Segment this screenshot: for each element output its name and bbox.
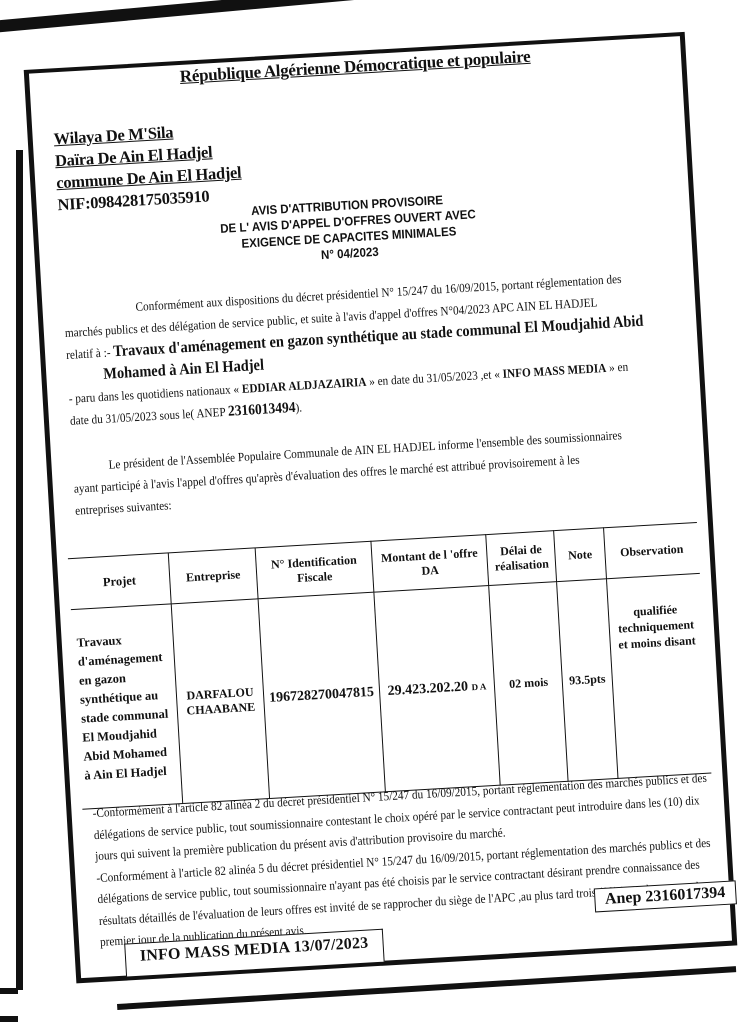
relatif-label: relatif à :-	[66, 345, 114, 362]
publication-text-end: » en	[606, 360, 629, 375]
cell-montant: 29.423.202.20 D A	[374, 586, 501, 792]
outer-frame-corner	[0, 988, 18, 994]
col-projet: Projet	[68, 553, 172, 610]
publication-date-end: ).	[295, 401, 302, 415]
col-note: Note	[554, 528, 606, 582]
cell-delai: 02 mois	[489, 582, 569, 786]
administration-block: Wilaya De M'Sila Daïra De Ain El Hadjel …	[53, 118, 243, 217]
outer-frame-left-edge	[4, 150, 23, 990]
attribution-table: Projet Entreprise N° Identification Fisc…	[68, 522, 711, 810]
col-entreprise: Entreprise	[169, 548, 258, 604]
col-delai: Délai de réalisation	[486, 531, 557, 586]
col-nif: N° Identification Fiscale	[255, 541, 374, 599]
cell-observation: qualifiée techniquement et moins disant	[606, 573, 711, 778]
notice-page: République Algérienne Démocratique et po…	[22, 2, 737, 984]
amount-value: 29.423.202.20	[387, 679, 468, 699]
publication-text-mid: » en date du 31/05/2023 ,et «	[366, 367, 503, 389]
anep-reference: 2316013494	[228, 400, 296, 420]
newspaper-1: EDDIAR ALDJAZAIRIA	[241, 375, 366, 396]
col-observation: Observation	[603, 522, 700, 578]
cell-entreprise: DARFALOU CHAABANE	[171, 599, 269, 804]
col-montant: Montant de l 'offre DA	[371, 535, 489, 593]
cell-nif: 196728270047815	[258, 592, 385, 798]
newspaper-2: INFO MASS MEDIA	[502, 361, 606, 381]
next-frame-corner	[0, 1016, 18, 1022]
cell-projet: Travaux d'aménagement en gazon synthétiq…	[71, 604, 183, 809]
amount-unit: D A	[471, 681, 486, 692]
